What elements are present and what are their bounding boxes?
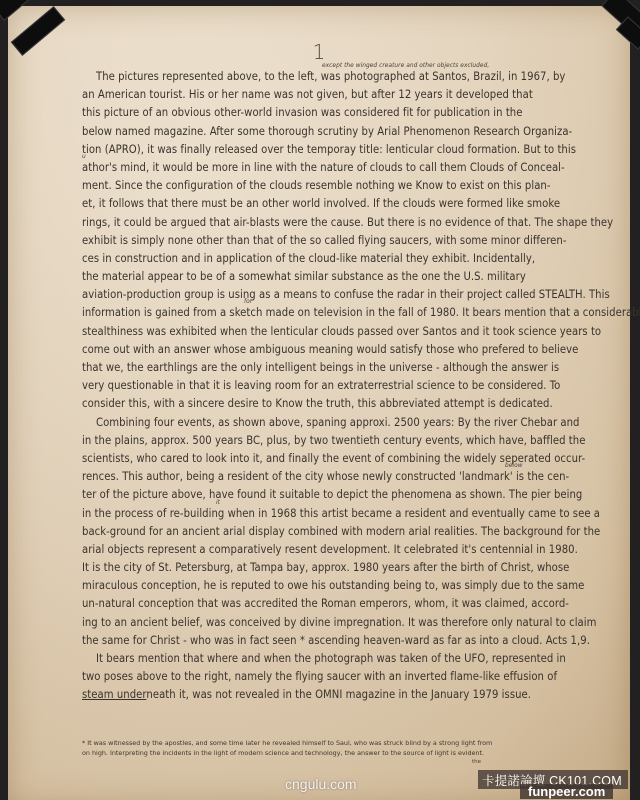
watermark-funpeer: funpeer.com (520, 784, 613, 799)
watermark-cngulu: cngulu.com (285, 776, 357, 792)
text-line: It bears mention that where and when the… (82, 650, 577, 668)
text-line: ing to an ancient belief, was conceived … (82, 614, 577, 632)
margin-insertion: below (505, 461, 523, 469)
text-line: arial objects represent a comparatively … (82, 541, 577, 559)
text-line: except the winged creature and other obj… (82, 68, 577, 86)
footnote: * It was witnessed by the apostles, and … (82, 738, 582, 758)
text-line: that we, the earthlings are the only int… (82, 359, 577, 377)
text-line: below rences. This author, being a resid… (82, 468, 577, 486)
paragraph-3: It bears mention that where and when the… (82, 650, 577, 705)
text-line: miraculous conception, he is reputed to … (82, 577, 577, 595)
text-line: un-natural conception that was accredite… (82, 595, 577, 613)
text-line: exhibit is simply none other than that o… (82, 232, 577, 250)
footnote-line: on high. Interpreting the incidents in t… (82, 748, 582, 758)
text-line: Combining four events, as shown above, s… (82, 414, 577, 432)
margin-insertion: it (216, 498, 220, 506)
text-line: for information is gained from a sketch … (82, 304, 577, 322)
text-line: the material appear to be of a somewhat … (82, 268, 577, 286)
text-line: aviation-production group is using as a … (82, 286, 577, 304)
text-line: u athor's mind, it would be more in line… (82, 159, 577, 177)
text-line: scientists, who cared to look into it, a… (82, 450, 577, 468)
text-line: back-ground for an ancient arial display… (82, 523, 577, 541)
text-line: the same for Christ - who was in fact se… (82, 632, 577, 650)
text-line: this picture of an obvious other-world i… (82, 104, 577, 122)
text-line: ces in construction and in application o… (82, 250, 577, 268)
text-line: in the plains, approx. 500 years BC, plu… (82, 432, 577, 450)
text-line: two poses above to the right, namely the… (82, 668, 577, 686)
photo-frame: 1 except the winged creature and other o… (0, 0, 640, 800)
text-line: ter of the picture above, have found it … (82, 486, 577, 504)
text-line: come out with an answer whose ambiguous … (82, 341, 577, 359)
text-line: an American tourist. His or her name was… (82, 86, 577, 104)
text-line: et, it follows that there must be an oth… (82, 195, 577, 213)
margin-insertion: the (472, 757, 481, 767)
text-line: below named magazine. After some thoroug… (82, 123, 577, 141)
margin-insertion: for (244, 297, 252, 305)
margin-insertion: except the winged creature and other obj… (322, 61, 489, 69)
document-body: except the winged creature and other obj… (82, 68, 577, 705)
paragraph-1: except the winged creature and other obj… (82, 68, 577, 414)
text-line: very questionable in that it is leaving … (82, 377, 577, 395)
text-line: steam underneath it, was not revealed in… (82, 686, 577, 704)
text-line: it in the process of re-building when in… (82, 505, 577, 523)
text-line: rings, it could be argued that air-blast… (82, 214, 577, 232)
paragraph-2: Combining four events, as shown above, s… (82, 414, 577, 650)
text-line: tion (APRO), it was finally released ove… (82, 141, 577, 159)
text-line: stealthiness was exhibited when the lent… (82, 323, 577, 341)
text-line: consider this, with a sincere desire to … (82, 395, 577, 413)
text-line: ment. Since the configuration of the clo… (82, 177, 577, 195)
text-line: It is the city of St. Petersburg, at Tam… (82, 559, 577, 577)
page-number: 1 (8, 40, 630, 64)
footnote-line: * It was witnessed by the apostles, and … (82, 738, 582, 748)
underlined-phrase: steam under (82, 688, 146, 701)
margin-insertion: u (82, 152, 86, 160)
